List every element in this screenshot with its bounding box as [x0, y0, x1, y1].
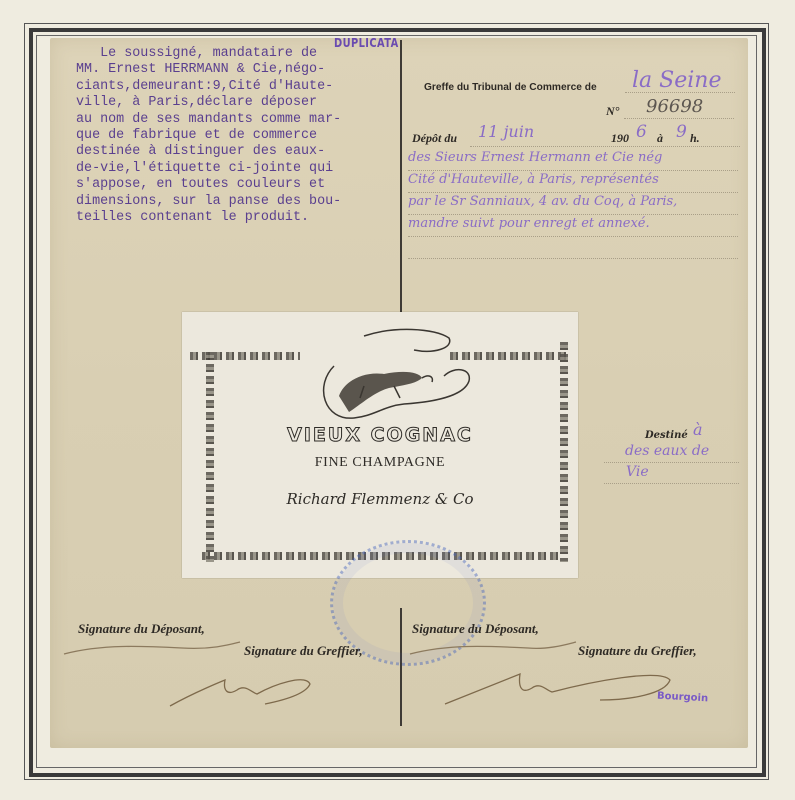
trademark-label: VIEUX COGNAC FINE CHAMPAGNE Richard Flem… — [182, 312, 578, 578]
number-label: N° — [606, 104, 619, 119]
registry-heading: Greffe du Tribunal de Commerce de — [424, 82, 597, 93]
salamander-emblem-icon — [304, 326, 474, 426]
right-depositor-signature — [408, 640, 578, 660]
handwritten-line-2: Cité d'Hauteville, à Paris, représentés — [408, 172, 659, 187]
label-subtitle: FINE CHAMPAGNE — [182, 455, 578, 471]
left-depositor-signature — [62, 640, 242, 660]
registration-number-handwritten: 96698 — [646, 96, 703, 117]
deposit-date-handwritten: 11 juin — [478, 122, 534, 141]
handwritten-line-3: par le Sr Sanniaux, 4 av. du Coq, à Pari… — [408, 194, 677, 209]
destined-dotted-line-1 — [604, 462, 739, 463]
duplicata-stamp: DUPLICATA — [334, 36, 399, 50]
court-dotted-line — [625, 92, 735, 93]
dotted-line-3 — [408, 214, 738, 215]
dotted-line-1 — [408, 170, 738, 171]
right-clerk-signature-label: Signature du Greffier, — [578, 643, 697, 659]
time-label-a: à — [657, 131, 663, 146]
court-name-handwritten: la Seine — [632, 68, 721, 93]
deposit-dotted-line — [470, 146, 740, 147]
declaration-text: Le soussigné, mandataire de MM. Ernest H… — [76, 46, 396, 226]
time-label-h: h. — [690, 131, 700, 146]
dotted-line-2 — [408, 192, 738, 193]
dotted-line-4 — [408, 236, 738, 237]
destined-a-handwritten: à — [693, 420, 703, 439]
number-dotted-line — [624, 118, 734, 119]
deposit-label: Dépôt du — [412, 131, 457, 146]
center-divider-top — [400, 40, 402, 312]
destined-dotted-line-2 — [604, 483, 739, 484]
handwritten-line-1: des Sieurs Ernest Hermann et Cie nég — [408, 150, 662, 165]
time-handwritten: 9 — [676, 122, 687, 142]
vine-border-right — [560, 342, 568, 562]
destined-line-2: Vie — [626, 464, 649, 480]
left-clerk-signature-label: Signature du Greffier, — [244, 643, 363, 659]
label-title: VIEUX COGNAC — [182, 424, 578, 446]
left-clerk-signature — [165, 662, 315, 712]
destined-line-1: des eaux de — [625, 443, 709, 459]
year-handwritten: 6 — [636, 122, 647, 142]
dotted-line-5 — [408, 258, 738, 259]
right-clerk-signature — [440, 660, 680, 710]
year-prefix: 190 — [611, 131, 629, 146]
right-depositor-signature-label: Signature du Déposant, — [412, 621, 539, 637]
label-maker: Richard Flemmenz & Co — [182, 490, 578, 508]
handwritten-line-4: mandre suivt pour enregt et annexé. — [408, 216, 650, 231]
destined-label: Destiné — [645, 430, 688, 441]
left-depositor-signature-label: Signature du Déposant, — [78, 621, 205, 637]
